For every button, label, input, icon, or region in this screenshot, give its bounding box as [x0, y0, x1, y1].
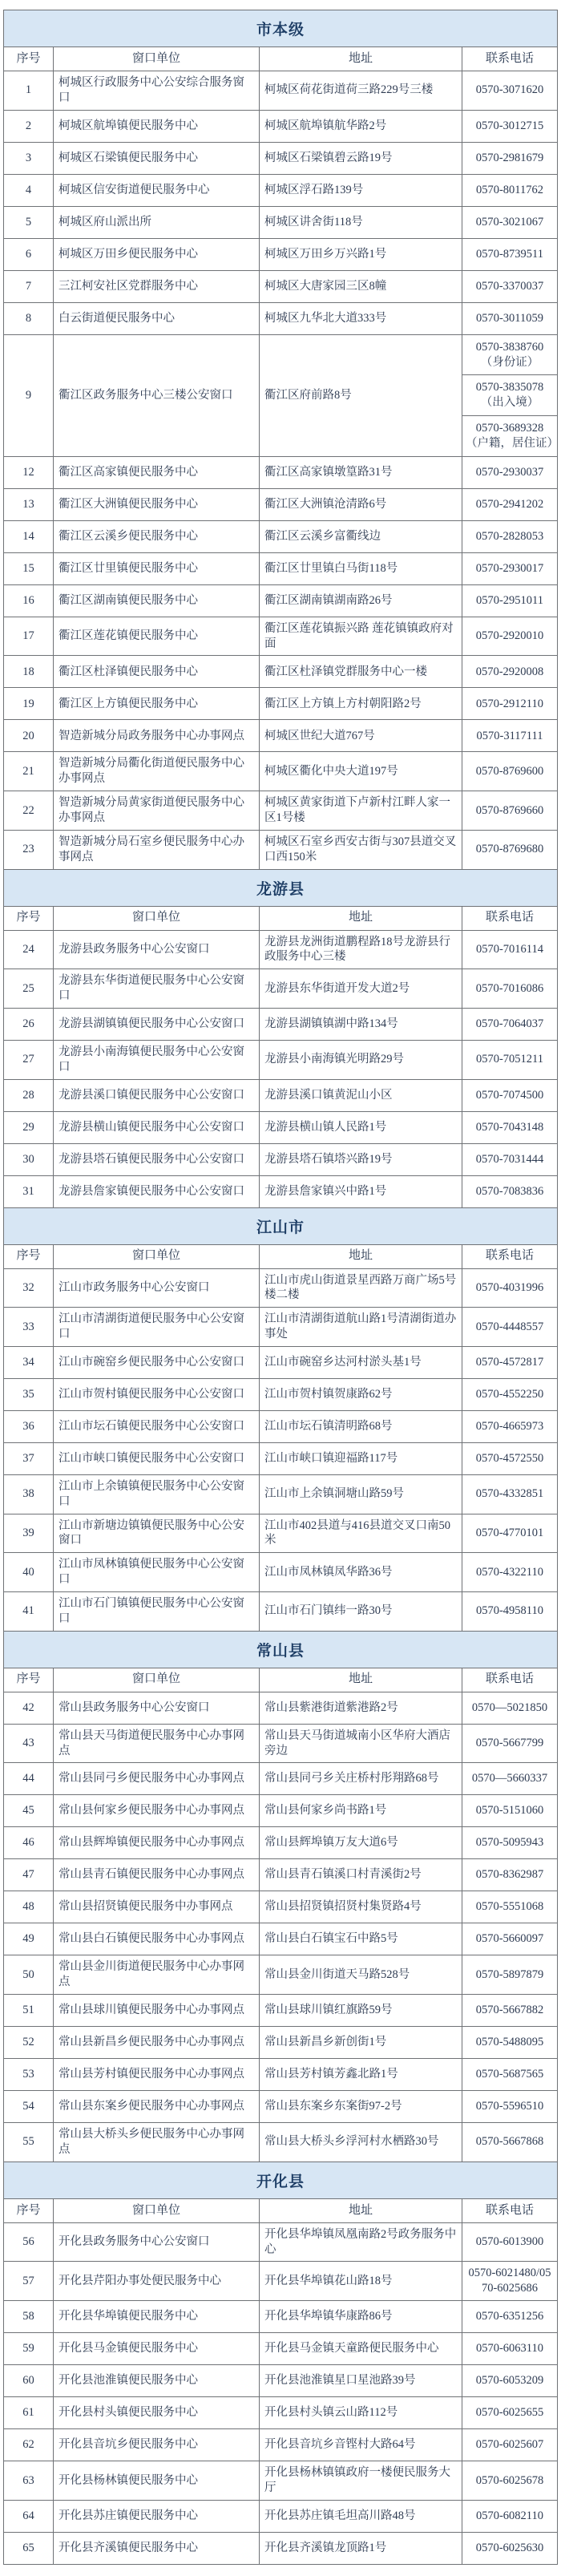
- phone-cell: 0570-3071620: [462, 71, 558, 111]
- phone-cell: 0570—5660337: [462, 1763, 558, 1795]
- table-row: 50常山县金川街道便民服务中心办事网点常山县金川街道天马路528号0570-58…: [4, 1955, 558, 1995]
- address-cell: 开化县杨林镇镇政府一楼便民服务大厅: [260, 2461, 462, 2501]
- phone-cell: 0570-6025630: [462, 2533, 558, 2565]
- address-cell: 常山县何家乡尚书路1号: [260, 1795, 462, 1827]
- phone-cell: 0570-5596510: [462, 2091, 558, 2123]
- row-number-cell: 38: [4, 1475, 54, 1514]
- unit-cell: 开化县芹阳办事处便民服务中心: [54, 2262, 260, 2301]
- address-cell: 开化县马金镇天童路便民服务中心: [260, 2333, 462, 2365]
- unit-cell: 常山县青石镇便民服务中心办事网点: [54, 1859, 260, 1891]
- table-row: 59开化县马金镇便民服务中心开化县马金镇天童路便民服务中心0570-606311…: [4, 2333, 558, 2365]
- address-cell: 柯城区航埠镇航华路2号: [260, 111, 462, 143]
- address-cell: 龙游县詹家镇兴中路1号: [260, 1176, 462, 1208]
- row-number-cell: 6: [4, 239, 54, 271]
- table-section: 市本级 序号窗口单位地址联系电话 1柯城区行政服务中心公安综合服务窗口柯城区荷花…: [4, 10, 558, 870]
- table-row: 61开化县村头镇便民服务中心开化县村头镇云山路112号0570-6025655: [4, 2397, 558, 2429]
- phone-cell: 0570-2920008: [462, 656, 558, 688]
- row-number-cell: 48: [4, 1891, 54, 1923]
- phone-cell: 0570-2828053: [462, 521, 558, 553]
- address-cell: 柯城区世纪大道767号: [260, 720, 462, 752]
- address-cell: 衢江区府前路8号: [260, 335, 462, 457]
- address-cell: 衢江区杜泽镇党群服务中心一楼: [260, 656, 462, 688]
- table-row: 13衢江区大洲镇便民服务中心衢江区大洲镇沧清路6号0570-2941202: [4, 489, 558, 521]
- row-number-cell: 60: [4, 2365, 54, 2397]
- phone-cell: 0570-5151060: [462, 1795, 558, 1827]
- unit-cell: 智造新城分局石室乡便民服务中心办事网点: [54, 831, 260, 870]
- table-row: 38江山市上余镇镇便民服务中心公安窗口江山市上余镇洞塘山路59号0570-433…: [4, 1475, 558, 1514]
- unit-cell: 柯城区万田乡便民服务中心: [54, 239, 260, 271]
- table-row: 36江山市坛石镇便民服务中心公安窗口江山市坛石镇清明路68号0570-46659…: [4, 1411, 558, 1443]
- phone-cell: 0570-2981679: [462, 143, 558, 175]
- unit-cell: 开化县村头镇便民服务中心: [54, 2397, 260, 2429]
- column-header: 窗口单位: [54, 1245, 260, 1269]
- address-cell: 江山市石门镇纬一路30号: [260, 1592, 462, 1632]
- row-number-cell: 43: [4, 1725, 54, 1764]
- address-cell: 江山市凤林镇凤华路36号: [260, 1553, 462, 1592]
- address-cell: 江山市坛石镇清明路68号: [260, 1411, 462, 1443]
- unit-cell: 开化县华埠镇便民服务中心: [54, 2301, 260, 2333]
- section-title: 市本级: [4, 10, 558, 47]
- address-cell: 柯城区万田乡万兴路1号: [260, 239, 462, 271]
- column-header: 地址: [260, 1245, 462, 1269]
- unit-cell: 龙游县塔石镇便民服务中心公安窗口: [54, 1144, 260, 1176]
- row-number-cell: 1: [4, 71, 54, 111]
- table-row: 60开化县池淮镇便民服务中心开化县池淮镇星口星池路39号0570-6053209: [4, 2365, 558, 2397]
- row-number-cell: 22: [4, 791, 54, 831]
- page: 市本级 序号窗口单位地址联系电话 1柯城区行政服务中心公安综合服务窗口柯城区荷花…: [0, 0, 561, 2576]
- row-number-cell: 58: [4, 2301, 54, 2333]
- unit-cell: 常山县政务服务中心公安窗口: [54, 1692, 260, 1725]
- unit-cell: 衢江区政务服务中心三楼公安窗口: [54, 335, 260, 457]
- column-header: 地址: [260, 47, 462, 71]
- column-header: 窗口单位: [54, 907, 260, 931]
- row-number-cell: 65: [4, 2533, 54, 2565]
- column-header: 联系电话: [462, 1245, 558, 1269]
- unit-cell: 智造新城分局衢化街道便民服务中心办事网点: [54, 752, 260, 791]
- address-cell: 柯城区石梁镇碧云路19号: [260, 143, 462, 175]
- row-number-cell: 20: [4, 720, 54, 752]
- table-row: 48常山县招贤镇便民服务中办事网点常山县招贤镇招贤村集贤路4号0570-5551…: [4, 1891, 558, 1923]
- column-header: 序号: [4, 2199, 54, 2223]
- address-cell: 柯城区浮石路139号: [260, 175, 462, 207]
- address-cell: 开化县齐溪镇龙顶路1号: [260, 2533, 462, 2565]
- phone-cell: 0570-7074500: [462, 1080, 558, 1112]
- column-header: 联系电话: [462, 2199, 558, 2223]
- column-header-row: 序号窗口单位地址联系电话: [4, 907, 558, 931]
- column-header: 窗口单位: [54, 2199, 260, 2223]
- row-number-cell: 26: [4, 1009, 54, 1041]
- phone-cell: 0570-2951011: [462, 585, 558, 617]
- address-cell: 柯城区大唐家园三区8幢: [260, 271, 462, 303]
- address-cell: 龙游县龙洲街道鹏程路18号龙游县行政服务中心三楼: [260, 931, 462, 970]
- row-number-cell: 24: [4, 931, 54, 970]
- phone-cell: 0570-8739511: [462, 239, 558, 271]
- phone-cell: 0570-6025678: [462, 2461, 558, 2501]
- phone-cell: 0570-4665973: [462, 1411, 558, 1443]
- row-number-cell: 52: [4, 2027, 54, 2059]
- address-cell: 柯城区黄家街道下卢新村江畔人家一区1号楼: [260, 791, 462, 831]
- address-cell: 衢江区高家镇墩篁路31号: [260, 457, 462, 489]
- row-number-cell: 40: [4, 1553, 54, 1592]
- row-number-cell: 3: [4, 143, 54, 175]
- address-cell: 常山县紫港街道紫港路2号: [260, 1692, 462, 1725]
- phone-cell: 0570-4770101: [462, 1514, 558, 1554]
- unit-cell: 柯城区府山派出所: [54, 207, 260, 239]
- phone-cell: 0570-4332851: [462, 1475, 558, 1514]
- address-cell: 衢江区莲花镇振兴路 莲花镇镇政府对面: [260, 617, 462, 657]
- unit-cell: 江山市清湖街道便民服务中心公安窗口: [54, 1308, 260, 1347]
- row-number-cell: 45: [4, 1795, 54, 1827]
- unit-cell: 常山县新昌乡便民服务中心办事网点: [54, 2027, 260, 2059]
- address-cell: 常山县天马街道城南小区华府大酒店旁边: [260, 1725, 462, 1764]
- table-row: 64开化县苏庄镇便民服务中心开化县苏庄镇毛坦高川路48号0570-6082110: [4, 2501, 558, 2533]
- unit-cell: 江山市坛石镇便民服务中心公安窗口: [54, 1411, 260, 1443]
- table-row: 8白云街道便民服务中心柯城区九华北大道333号0570-3011059: [4, 303, 558, 335]
- column-header-row: 序号窗口单位地址联系电话: [4, 1668, 558, 1692]
- table-row: 49常山县白石镇便民服务中心办事网点常山县白石镇宝石中路5号0570-56600…: [4, 1923, 558, 1955]
- column-header: 联系电话: [462, 907, 558, 931]
- table-row: 9衢江区政务服务中心三楼公安窗口衢江区府前路8号0570-3838760（身份证…: [4, 335, 558, 457]
- row-number-cell: 30: [4, 1144, 54, 1176]
- phone-cell: 0570-6351256: [462, 2301, 558, 2333]
- table-row: 16衢江区湖南镇便民服务中心衢江区湖南镇湖南路26号0570-2951011: [4, 585, 558, 617]
- table-row: 39江山市新塘边镇镇便民服务中心公安窗口江山市402县道与416县道交叉口南50…: [4, 1514, 558, 1554]
- unit-cell: 常山县芳村镇便民服务中心办事网点: [54, 2059, 260, 2091]
- table-row: 18衢江区杜泽镇便民服务中心衢江区杜泽镇党群服务中心一楼0570-2920008: [4, 656, 558, 688]
- table-row: 20智造新城分局政务服务中心办事网点柯城区世纪大道767号0570-311711…: [4, 720, 558, 752]
- table-row: 14衢江区云溪乡便民服务中心衢江区云溪乡富衢线边0570-2828053: [4, 521, 558, 553]
- table-row: 63开化县杨林镇便民服务中心开化县杨林镇镇政府一楼便民服务大厅0570-6025…: [4, 2461, 558, 2501]
- table-row: 65开化县齐溪镇便民服务中心开化县齐溪镇龙顶路1号0570-6025630: [4, 2533, 558, 2565]
- table-row: 7三江柯安社区党群服务中心柯城区大唐家园三区8幢0570-3370037: [4, 271, 558, 303]
- row-number-cell: 4: [4, 175, 54, 207]
- phone-cell: 0570-5897879: [462, 1955, 558, 1995]
- table-row: 58开化县华埠镇便民服务中心开化县华埠镇华康路86号0570-6351256: [4, 2301, 558, 2333]
- phone-cell: 0570-7016086: [462, 969, 558, 1009]
- row-number-cell: 47: [4, 1859, 54, 1891]
- row-number-cell: 27: [4, 1041, 54, 1080]
- row-number-cell: 18: [4, 656, 54, 688]
- table-row: 57开化县芹阳办事处便民服务中心开化县华埠镇花山路18号0570-6021480…: [4, 2262, 558, 2301]
- unit-cell: 柯城区航埠镇便民服务中心: [54, 111, 260, 143]
- address-cell: 龙游县湖镇镇湖中路134号: [260, 1009, 462, 1041]
- row-number-cell: 13: [4, 489, 54, 521]
- table-row: 40江山市凤林镇镇便民服务中心公安窗口江山市凤林镇凤华路36号0570-4322…: [4, 1553, 558, 1592]
- address-cell: 柯城区九华北大道333号: [260, 303, 462, 335]
- column-header-row: 序号窗口单位地址联系电话: [4, 47, 558, 71]
- phone-cell: 0570-8769600: [462, 752, 558, 791]
- row-number-cell: 33: [4, 1308, 54, 1347]
- phone-cell: 0570-4572817: [462, 1347, 558, 1379]
- row-number-cell: 2: [4, 111, 54, 143]
- unit-cell: 江山市政务服务中心公安窗口: [54, 1269, 260, 1308]
- unit-cell: 江山市贺村镇便民服务中心公安窗口: [54, 1379, 260, 1411]
- phone-cell: 0570-2930017: [462, 553, 558, 585]
- row-number-cell: 41: [4, 1592, 54, 1632]
- address-cell: 江山市清湖街道航山路1号清湖街道办事处: [260, 1308, 462, 1347]
- unit-cell: 白云街道便民服务中心: [54, 303, 260, 335]
- unit-cell: 龙游县横山镇便民服务中心公安窗口: [54, 1112, 260, 1144]
- table-row: 5柯城区府山派出所柯城区讲舍街118号0570-3021067: [4, 207, 558, 239]
- address-cell: 江山市402县道与416县道交叉口南50米: [260, 1514, 462, 1554]
- unit-cell: 开化县齐溪镇便民服务中心: [54, 2533, 260, 2565]
- column-header: 地址: [260, 2199, 462, 2223]
- address-cell: 江山市峡口镇迎福路117号: [260, 1443, 462, 1475]
- phone-cell: 0570-4958110: [462, 1592, 558, 1632]
- table-row: 42常山县政务服务中心公安窗口常山县紫港街道紫港路2号0570—5021850: [4, 1692, 558, 1725]
- unit-cell: 江山市碗窑乡便民服务中心公安窗口: [54, 1347, 260, 1379]
- table-row: 2柯城区航埠镇便民服务中心柯城区航埠镇航华路2号0570-3012715: [4, 111, 558, 143]
- phone-cell: 0570-5667799: [462, 1725, 558, 1764]
- row-number-cell: 12: [4, 457, 54, 489]
- table-row: 34江山市碗窑乡便民服务中心公安窗口江山市碗窑乡达河村淤头基1号0570-457…: [4, 1347, 558, 1379]
- unit-cell: 常山县同弓乡便民服务中心办事网点: [54, 1763, 260, 1795]
- address-cell: 柯城区石室乡西安古街与307县道交叉口西150米: [260, 831, 462, 870]
- phone-cell: 0570-6013900: [462, 2223, 558, 2263]
- unit-cell: 常山县金川街道便民服务中心办事网点: [54, 1955, 260, 1995]
- column-header: 联系电话: [462, 1668, 558, 1692]
- phone-cell: 0570-7083836: [462, 1176, 558, 1208]
- table-row: 24龙游县政务服务中心公安窗口龙游县龙洲街道鹏程路18号龙游县行政服务中心三楼0…: [4, 931, 558, 970]
- unit-cell: 衢江区廿里镇便民服务中心: [54, 553, 260, 585]
- table-row: 54常山县东案乡便民服务中心办事网点常山县东案乡东案街97-2号0570-559…: [4, 2091, 558, 2123]
- table-row: 52常山县新昌乡便民服务中心办事网点常山县新昌乡新创街1号0570-548809…: [4, 2027, 558, 2059]
- unit-cell: 常山县天马街道便民服务中心办事网点: [54, 1725, 260, 1764]
- row-number-cell: 15: [4, 553, 54, 585]
- table-row: 3柯城区石梁镇便民服务中心柯城区石梁镇碧云路19号0570-2981679: [4, 143, 558, 175]
- unit-cell: 开化县音坑乡便民服务中心: [54, 2429, 260, 2461]
- row-number-cell: 57: [4, 2262, 54, 2301]
- row-number-cell: 50: [4, 1955, 54, 1995]
- section-title: 龙游县: [4, 870, 558, 907]
- address-cell: 常山县青石镇溪口村青溪街2号: [260, 1859, 462, 1891]
- column-header: 序号: [4, 1245, 54, 1269]
- row-number-cell: 62: [4, 2429, 54, 2461]
- unit-cell: 龙游县湖镇镇便民服务中心公安窗口: [54, 1009, 260, 1041]
- table-section: 龙游县 序号窗口单位地址联系电话 24龙游县政务服务中心公安窗口龙游县龙洲街道鹏…: [4, 870, 558, 1208]
- phone-cell: 0570-7031444: [462, 1144, 558, 1176]
- address-cell: 开化县华埠镇花山路18号: [260, 2262, 462, 2301]
- table-row: 19衢江区上方镇便民服务中心衢江区上方镇上方村朝阳路2号0570-2912110: [4, 688, 558, 720]
- address-cell: 常山县白石镇宝石中路5号: [260, 1923, 462, 1955]
- address-cell: 衢江区廿里镇白马街118号: [260, 553, 462, 585]
- row-number-cell: 28: [4, 1080, 54, 1112]
- row-number-cell: 32: [4, 1269, 54, 1308]
- phone-cell: 0570-8362987: [462, 1859, 558, 1891]
- column-header: 序号: [4, 1668, 54, 1692]
- phone-cell: 0570—5021850: [462, 1692, 558, 1725]
- table-row: 23智造新城分局石室乡便民服务中心办事网点柯城区石室乡西安古街与307县道交叉口…: [4, 831, 558, 870]
- unit-cell: 开化县苏庄镇便民服务中心: [54, 2501, 260, 2533]
- row-number-cell: 49: [4, 1923, 54, 1955]
- phone-sub-cell: 0570-3835078（出入境）: [462, 375, 557, 416]
- row-number-cell: 29: [4, 1112, 54, 1144]
- phone-cell: 0570-5660097: [462, 1923, 558, 1955]
- row-number-cell: 5: [4, 207, 54, 239]
- address-cell: 常山县招贤镇招贤村集贤路4号: [260, 1891, 462, 1923]
- row-number-cell: 36: [4, 1411, 54, 1443]
- table-row: 6柯城区万田乡便民服务中心柯城区万田乡万兴路1号0570-8739511: [4, 239, 558, 271]
- section-title: 江山市: [4, 1208, 558, 1245]
- address-cell: 柯城区讲舍街118号: [260, 207, 462, 239]
- unit-cell: 常山县辉埠镇便民服务中心办事网点: [54, 1827, 260, 1859]
- phone-cell: 0570-7064037: [462, 1009, 558, 1041]
- row-number-cell: 31: [4, 1176, 54, 1208]
- unit-cell: 龙游县东华街道便民服务中心公安窗口: [54, 969, 260, 1009]
- row-number-cell: 42: [4, 1692, 54, 1725]
- row-number-cell: 55: [4, 2123, 54, 2162]
- phone-cell: 0570-4322110: [462, 1553, 558, 1592]
- unit-cell: 衢江区云溪乡便民服务中心: [54, 521, 260, 553]
- table-row: 35江山市贺村镇便民服务中心公安窗口江山市贺村镇贺康路62号0570-45522…: [4, 1379, 558, 1411]
- phone-cell: 0570-3370037: [462, 271, 558, 303]
- unit-cell: 江山市上余镇镇便民服务中心公安窗口: [54, 1475, 260, 1514]
- unit-cell: 江山市石门镇镇便民服务中心公安窗口: [54, 1592, 260, 1632]
- phone-cell: 0570-5488095: [462, 2027, 558, 2059]
- table-row: 15衢江区廿里镇便民服务中心衢江区廿里镇白马街118号0570-2930017: [4, 553, 558, 585]
- unit-cell: 开化县政务服务中心公安窗口: [54, 2223, 260, 2263]
- unit-cell: 柯城区行政服务中心公安综合服务窗口: [54, 71, 260, 111]
- column-header: 地址: [260, 907, 462, 931]
- unit-cell: 智造新城分局政务服务中心办事网点: [54, 720, 260, 752]
- row-number-cell: 34: [4, 1347, 54, 1379]
- address-cell: 开化县村头镇云山路112号: [260, 2397, 462, 2429]
- table-section: 开化县 序号窗口单位地址联系电话 56开化县政务服务中心公安窗口开化县华埠镇凤凰…: [4, 2162, 558, 2565]
- table-row: 53常山县芳村镇便民服务中心办事网点常山县芳村镇芳鑫北路1号0570-56875…: [4, 2059, 558, 2091]
- address-cell: 龙游县小南海镇光明路29号: [260, 1041, 462, 1080]
- row-number-cell: 51: [4, 1995, 54, 2027]
- table-row: 43常山县天马街道便民服务中心办事网点常山县天马街道城南小区华府大酒店旁边057…: [4, 1725, 558, 1764]
- address-cell: 衢江区湖南镇湖南路26号: [260, 585, 462, 617]
- unit-cell: 衢江区莲花镇便民服务中心: [54, 617, 260, 657]
- phone-cell: 0570-8011762: [462, 175, 558, 207]
- address-cell: 龙游县横山镇人民路1号: [260, 1112, 462, 1144]
- phone-cell: 0570-4031996: [462, 1269, 558, 1308]
- row-number-cell: 37: [4, 1443, 54, 1475]
- phone-cell: 0570-3011059: [462, 303, 558, 335]
- phone-cell: 0570-4448557: [462, 1308, 558, 1347]
- address-cell: 常山县大桥头乡浮河村水栖路30号: [260, 2123, 462, 2162]
- section-title: 常山县: [4, 1632, 558, 1668]
- column-header-row: 序号窗口单位地址联系电话: [4, 1245, 558, 1269]
- unit-cell: 龙游县溪口镇便民服务中心公安窗口: [54, 1080, 260, 1112]
- unit-cell: 三江柯安社区党群服务中心: [54, 271, 260, 303]
- table-row: 21智造新城分局衢化街道便民服务中心办事网点柯城区衢化中央大道197号0570-…: [4, 752, 558, 791]
- address-cell: 江山市贺村镇贺康路62号: [260, 1379, 462, 1411]
- address-cell: 常山县球川镇红旗路59号: [260, 1995, 462, 2027]
- row-number-cell: 17: [4, 617, 54, 657]
- address-cell: 开化县苏庄镇毛坦高川路48号: [260, 2501, 462, 2533]
- unit-cell: 龙游县政务服务中心公安窗口: [54, 931, 260, 970]
- row-number-cell: 44: [4, 1763, 54, 1795]
- phone-cell: 0570-6021480/0570-6025686: [462, 2262, 558, 2301]
- table-row: 55常山县大桥头乡便民服务中心办事网点常山县大桥头乡浮河村水栖路30号0570-…: [4, 2123, 558, 2162]
- phone-cell: 0570-8769680: [462, 831, 558, 870]
- phone-cell: 0570-3012715: [462, 111, 558, 143]
- table-row: 28龙游县溪口镇便民服务中心公安窗口龙游县溪口镇黄泥山小区0570-707450…: [4, 1080, 558, 1112]
- phone-cell: 0570-4572550: [462, 1443, 558, 1475]
- column-header: 地址: [260, 1668, 462, 1692]
- table-row: 12衢江区高家镇便民服务中心衢江区高家镇墩篁路31号0570-2930037: [4, 457, 558, 489]
- table-row: 44常山县同弓乡便民服务中心办事网点常山县同弓乡关庄桥村彤翔路68号0570—5…: [4, 1763, 558, 1795]
- unit-cell: 常山县东案乡便民服务中心办事网点: [54, 2091, 260, 2123]
- unit-cell: 衢江区上方镇便民服务中心: [54, 688, 260, 720]
- unit-cell: 常山县白石镇便民服务中心办事网点: [54, 1923, 260, 1955]
- address-cell: 江山市上余镇洞塘山路59号: [260, 1475, 462, 1514]
- phone-sub-cell: 0570-3838760（身份证）: [462, 335, 557, 376]
- unit-cell: 江山市峡口镇便民服务中心公安窗口: [54, 1443, 260, 1475]
- row-number-cell: 46: [4, 1827, 54, 1859]
- phone-cell: 0570-3021067: [462, 207, 558, 239]
- address-cell: 江山市碗窑乡达河村淤头基1号: [260, 1347, 462, 1379]
- phone-cell: 0570-2930037: [462, 457, 558, 489]
- column-header: 序号: [4, 47, 54, 71]
- row-number-cell: 64: [4, 2501, 54, 2533]
- row-number-cell: 35: [4, 1379, 54, 1411]
- phone-cell: 0570-7043148: [462, 1112, 558, 1144]
- phone-cell: 0570-7051211: [462, 1041, 558, 1080]
- table-row: 46常山县辉埠镇便民服务中心办事网点常山县辉埠镇万友大道6号0570-50959…: [4, 1827, 558, 1859]
- phone-cell: 0570-6025655: [462, 2397, 558, 2429]
- phone-cell: 0570-2920010: [462, 617, 558, 657]
- table-row: 25龙游县东华街道便民服务中心公安窗口龙游县东华街道开发大道2号0570-701…: [4, 969, 558, 1009]
- row-number-cell: 59: [4, 2333, 54, 2365]
- table-row: 33江山市清湖街道便民服务中心公安窗口江山市清湖街道航山路1号清湖街道办事处05…: [4, 1308, 558, 1347]
- address-cell: 开化县华埠镇华康路86号: [260, 2301, 462, 2333]
- address-cell: 常山县同弓乡关庄桥村彤翔路68号: [260, 1763, 462, 1795]
- phone-cell: 0570-2912110: [462, 688, 558, 720]
- section-title: 开化县: [4, 2162, 558, 2199]
- phone-cell: 0570-6025607: [462, 2429, 558, 2461]
- table-row: 17衢江区莲花镇便民服务中心衢江区莲花镇振兴路 莲花镇镇政府对面0570-292…: [4, 617, 558, 657]
- row-number-cell: 23: [4, 831, 54, 870]
- address-cell: 开化县华埠镇凤凰南路2号政务服务中心: [260, 2223, 462, 2263]
- phone-cell: 0570-2941202: [462, 489, 558, 521]
- row-number-cell: 53: [4, 2059, 54, 2091]
- row-number-cell: 16: [4, 585, 54, 617]
- row-number-cell: 8: [4, 303, 54, 335]
- table-row: 26龙游县湖镇镇便民服务中心公安窗口龙游县湖镇镇湖中路134号0570-7064…: [4, 1009, 558, 1041]
- address-cell: 江山市虎山街道景星西路万商广场5号楼二楼: [260, 1269, 462, 1308]
- address-cell: 龙游县塔石镇塔兴路19号: [260, 1144, 462, 1176]
- unit-cell: 常山县球川镇便民服务中心办事网点: [54, 1995, 260, 2027]
- address-cell: 常山县芳村镇芳鑫北路1号: [260, 2059, 462, 2091]
- phone-cell: 0570-5667868: [462, 2123, 558, 2162]
- address-cell: 常山县东案乡东案街97-2号: [260, 2091, 462, 2123]
- unit-cell: 江山市凤林镇镇便民服务中心公安窗口: [54, 1553, 260, 1592]
- unit-cell: 常山县招贤镇便民服务中办事网点: [54, 1891, 260, 1923]
- table-row: 62开化县音坑乡便民服务中心开化县音坑乡音铿村大路64号0570-6025607: [4, 2429, 558, 2461]
- address-cell: 常山县辉埠镇万友大道6号: [260, 1827, 462, 1859]
- table-row: 32江山市政务服务中心公安窗口江山市虎山街道景星西路万商广场5号楼二楼0570-…: [4, 1269, 558, 1308]
- unit-cell: 江山市新塘边镇镇便民服务中心公安窗口: [54, 1514, 260, 1554]
- phone-cell: 0570-4552250: [462, 1379, 558, 1411]
- column-header: 窗口单位: [54, 1668, 260, 1692]
- service-window-table: 市本级 序号窗口单位地址联系电话 1柯城区行政服务中心公安综合服务窗口柯城区荷花…: [3, 10, 558, 2565]
- table-row: 31龙游县詹家镇便民服务中心公安窗口龙游县詹家镇兴中路1号0570-708383…: [4, 1176, 558, 1208]
- phone-cell: 0570-5687565: [462, 2059, 558, 2091]
- row-number-cell: 19: [4, 688, 54, 720]
- table-section: 常山县 序号窗口单位地址联系电话 42常山县政务服务中心公安窗口常山县紫港街道紫…: [4, 1632, 558, 2162]
- address-cell: 常山县新昌乡新创街1号: [260, 2027, 462, 2059]
- phone-cell: 0570-6063110: [462, 2333, 558, 2365]
- phone-cell: 0570-6053209: [462, 2365, 558, 2397]
- unit-cell: 衢江区湖南镇便民服务中心: [54, 585, 260, 617]
- address-cell: 龙游县东华街道开发大道2号: [260, 969, 462, 1009]
- row-number-cell: 63: [4, 2461, 54, 2501]
- table-row: 27龙游县小南海镇便民服务中心公安窗口龙游县小南海镇光明路29号0570-705…: [4, 1041, 558, 1080]
- table-section: 江山市 序号窗口单位地址联系电话 32江山市政务服务中心公安窗口江山市虎山街道景…: [4, 1208, 558, 1632]
